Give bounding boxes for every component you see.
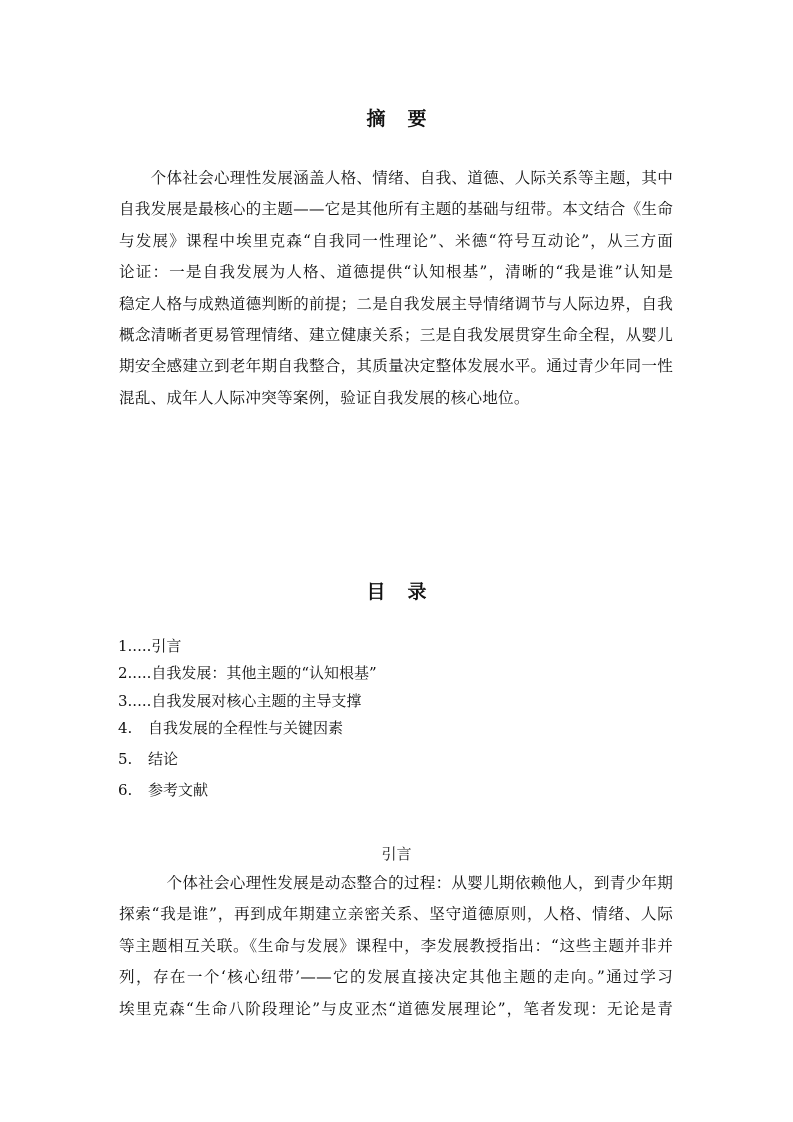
- toc-title-char-1: 目: [366, 581, 385, 603]
- abstract-body: 个体社会心理性发展涵盖人格、情绪、自我、道德、人际关系等主题，其中 自我发展是最…: [119, 163, 673, 414]
- introduction-line: 探索“我是谁”，再到成年期建立亲密关系、坚守道德原则，人格、情绪、人际: [119, 899, 673, 930]
- abstract-line: 稳定人格与成熟道德判断的前提；二是自我发展主导情绪调节与人际边界，自我: [119, 289, 673, 320]
- toc-title-char-2: 录: [408, 581, 427, 603]
- toc-item-number: 3.....: [118, 692, 151, 710]
- toc-item-number: 2.....: [118, 664, 151, 682]
- toc-item-label: 引言: [151, 637, 181, 655]
- abstract-line: 与发展》课程中埃里克森“自我同一性理论”、米德“符号互动论”，从三方面: [119, 226, 673, 257]
- introduction-heading: 引言: [0, 843, 793, 864]
- abstract-line: 期安全感建立到老年期自我整合，其质量决定整体发展水平。通过青少年同一性: [119, 351, 673, 382]
- toc-item-label: 参考文献: [148, 781, 208, 799]
- introduction-line: 等主题相互关联。《生命与发展》课程中，李发展教授指出：“这些主题并非并: [119, 931, 673, 962]
- toc-item-references[interactable]: 6.参考文献: [118, 779, 208, 800]
- toc-item-introduction[interactable]: 1.....引言: [118, 635, 181, 656]
- introduction-line: 个体社会心理性发展是动态整合的过程：从婴儿期依赖他人，到青少年期: [119, 868, 673, 899]
- toc-item-label: 自我发展对核心主题的主导支撑: [151, 692, 361, 710]
- toc-item-cognitive-foundation[interactable]: 2.....自我发展：其他主题的“认知根基”: [118, 662, 377, 683]
- introduction-line: 列，存在一个‘核心纽带’——它的发展直接决定其他主题的走向。”通过学习: [119, 962, 673, 993]
- toc-item-number: 5.: [118, 750, 148, 768]
- abstract-line: 混乱、成年人人际冲突等案例，验证自我发展的核心地位。: [119, 383, 673, 414]
- toc-item-number: 6.: [118, 781, 148, 799]
- toc-item-label: 自我发展的全程性与关键因素: [148, 719, 343, 737]
- abstract-line: 个体社会心理性发展涵盖人格、情绪、自我、道德、人际关系等主题，其中: [119, 163, 673, 194]
- toc-item-label: 结论: [148, 750, 178, 768]
- toc-item-number: 4.: [118, 719, 148, 737]
- introduction-line: 埃里克森“生命八阶段理论”与皮亚杰“道德发展理论”，笔者发现：无论是青: [119, 994, 673, 1025]
- abstract-line: 论证：一是自我发展为人格、道德提供“认知根基”，清晰的“我是谁”认知是: [119, 257, 673, 288]
- abstract-line: 自我发展是最核心的主题——它是其他所有主题的基础与纽带。本文结合《生命: [119, 194, 673, 225]
- abstract-line: 概念清晰者更易管理情绪、建立健康关系；三是自我发展贯穿生命全程，从婴儿: [119, 320, 673, 351]
- abstract-title: 摘要: [0, 104, 793, 131]
- toc-item-lifespan[interactable]: 4.自我发展的全程性与关键因素: [118, 717, 343, 738]
- toc-item-conclusion[interactable]: 5.结论: [118, 748, 178, 769]
- toc-item-label: 自我发展：其他主题的“认知根基”: [151, 664, 376, 682]
- abstract-title-char-1: 摘: [366, 108, 385, 130]
- toc-item-number: 1.....: [118, 637, 151, 655]
- toc-title: 目录: [0, 577, 793, 604]
- introduction-body: 个体社会心理性发展是动态整合的过程：从婴儿期依赖他人，到青少年期 探索“我是谁”…: [119, 868, 673, 1025]
- toc-item-dominant-support[interactable]: 3.....自我发展对核心主题的主导支撑: [118, 690, 361, 711]
- abstract-title-char-2: 要: [408, 108, 427, 130]
